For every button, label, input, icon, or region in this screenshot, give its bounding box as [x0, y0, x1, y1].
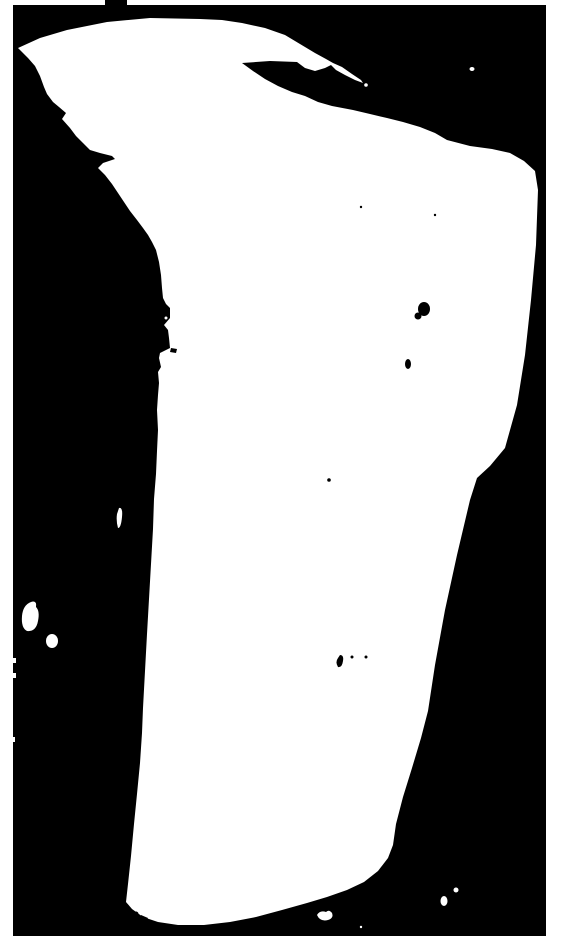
border-bottom-strip	[0, 936, 562, 950]
black-speck-mid-1b	[415, 313, 422, 320]
black-jag-bottom-2	[134, 912, 139, 917]
black-dot-3	[360, 206, 362, 208]
border-left-strip	[0, 0, 13, 950]
white-speck-bottom-3	[360, 926, 362, 928]
border-right-strip	[546, 0, 562, 950]
binary-mask-image	[0, 0, 562, 950]
border-tick-3	[13, 737, 15, 742]
border-top-strip	[0, 0, 562, 5]
black-dot-1	[351, 656, 354, 659]
black-speck-mid-2	[405, 359, 411, 369]
border-top-gap	[105, 0, 127, 5]
black-dot-2	[365, 656, 368, 659]
black-speck-mid-3	[327, 478, 331, 482]
white-oval-left	[46, 634, 58, 648]
border-tick-1	[13, 658, 16, 663]
black-dot-4	[434, 214, 436, 216]
white-dot-edge-bump	[165, 317, 168, 320]
white-dot-wing-tail	[364, 83, 368, 87]
screenshot-root	[0, 0, 562, 950]
white-speck-bottom-2	[454, 888, 459, 893]
white-dot-top-right	[470, 67, 475, 71]
border-tick-2	[13, 673, 16, 678]
white-speck-bottom-1	[441, 896, 448, 906]
